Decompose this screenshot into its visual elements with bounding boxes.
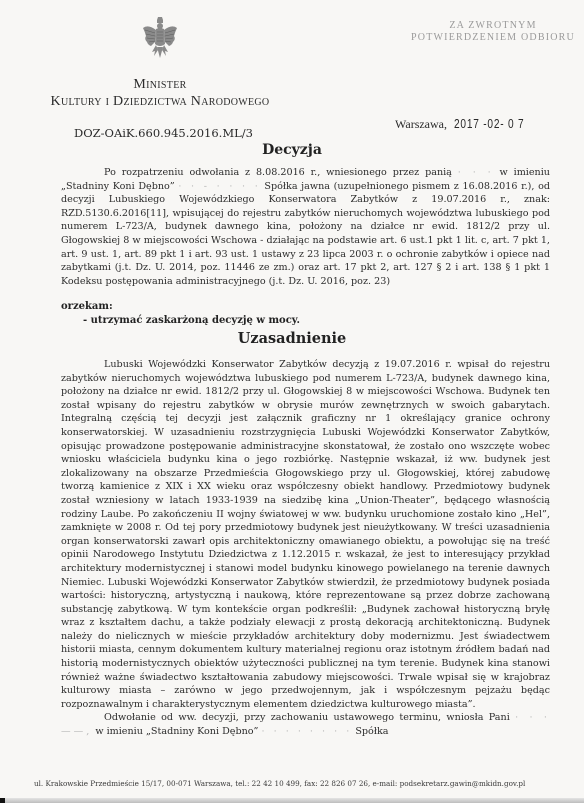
place: Warszawa, [395, 117, 447, 131]
justification-body: Lubuski Wojewódzki Konserwator Zabytków … [61, 358, 550, 739]
decision-paragraph: Po rozpatrzeniu odwołania z 8.08.2016 r.… [61, 166, 550, 288]
institution-line-2: Kultury i Dziedzictwa Narodowego [0, 94, 320, 110]
ruling-text: - utrzymać zaskarżoną decyzję w mocy. [83, 315, 300, 326]
scan-edge [0, 798, 584, 803]
footer-address: ul. Krakowskie Przedmieście 15/17, 00-07… [34, 779, 574, 788]
polish-eagle-emblem-icon [142, 14, 178, 66]
orzekam-label: orzekam: [61, 301, 113, 312]
text-segment: Odwołanie od ww. decyzji, przy zachowani… [104, 712, 510, 723]
stamp-line-1: Za zwrotnym [398, 20, 584, 32]
text-segment: w imieniu „Stadniny Koni Dębno” [95, 726, 258, 737]
redacted-text: · · · · · · · · [262, 726, 353, 737]
text-segment: Spółka jawna (uzupełnionego pismem z 16.… [61, 181, 550, 287]
institution-line-1: Minister [0, 77, 320, 93]
date-stamp: 2017 -02- 0 7 [454, 116, 524, 131]
stamp-line-2: potwierdzeniem odbioru [398, 32, 584, 44]
document-page: Minister Kultury i Dziedzictwa Narodoweg… [0, 0, 584, 803]
justification-paragraph-1: Lubuski Wojewódzki Konserwator Zabytków … [61, 358, 550, 711]
redacted-text: · · - · · · · [178, 181, 260, 192]
decision-intro: Po rozpatrzeniu odwołania z 8.08.2016 r.… [61, 166, 550, 288]
justification-title: Uzasadnienie [0, 330, 584, 347]
decision-title: Decyzja [0, 142, 584, 158]
text-segment: Po rozpatrzeniu odwołania z 8.08.2016 r.… [104, 167, 452, 178]
reference-number: DOZ-OAiK.660.945.2016.ML/3 [74, 126, 253, 140]
redacted-name: · · · [458, 167, 494, 178]
text-segment: Spółka [355, 726, 388, 737]
justification-paragraph-2: Odwołanie od ww. decyzji, przy zachowani… [61, 711, 550, 738]
delivery-stamp: Za zwrotnym potwierdzeniem odbioru [398, 20, 584, 44]
place-and-date: Warszawa, 2017 -02- 0 7 [395, 116, 544, 132]
